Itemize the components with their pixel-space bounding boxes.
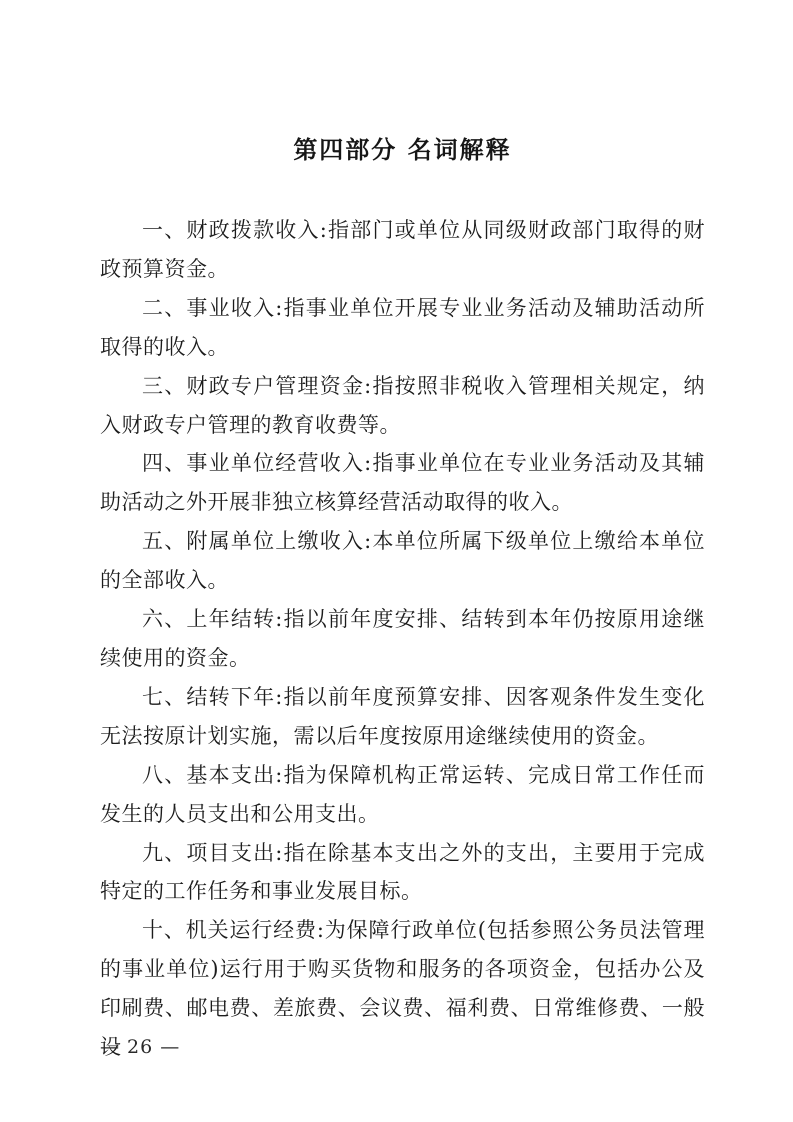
- glossary-body: 一、财政拨款收入:指部门或单位从同级财政部门取得的财政预算资金。 二、事业收入:…: [100, 211, 705, 1067]
- paragraph: 八、基本支出:指为保障机构正常运转、完成日常工作任而发生的人员支出和公用支出。: [100, 756, 705, 834]
- paragraph: 五、附属单位上缴收入:本单位所属下级单位上缴给本单位的全部收入。: [100, 522, 705, 600]
- document-page: 第四部分 名词解释 一、财政拨款收入:指部门或单位从同级财政部门取得的财政预算资…: [0, 0, 793, 1122]
- paragraph: 九、项目支出:指在除基本支出之外的支出，主要用于完成特定的工作任务和事业发展目标…: [100, 834, 705, 912]
- page-number: — 26 —: [100, 1036, 180, 1058]
- paragraph: 六、上年结转:指以前年度安排、结转到本年仍按原用途继续使用的资金。: [100, 600, 705, 678]
- paragraph: 一、财政拨款收入:指部门或单位从同级财政部门取得的财政预算资金。: [100, 211, 705, 289]
- page-title: 第四部分 名词解释: [100, 133, 705, 167]
- paragraph: 四、事业单位经营收入:指事业单位在专业业务活动及其辅助活动之外开展非独立核算经营…: [100, 444, 705, 522]
- paragraph: 二、事业收入:指事业单位开展专业业务活动及辅助活动所取得的收入。: [100, 289, 705, 367]
- paragraph: 三、财政专户管理资金:指按照非税收入管理相关规定，纳入财政专户管理的教育收费等。: [100, 367, 705, 445]
- paragraph: 十、机关运行经费:为保障行政单位(包括参照公务员法管理的事业单位)运行用于购买货…: [100, 911, 705, 1067]
- document-content: 第四部分 名词解释 一、财政拨款收入:指部门或单位从同级财政部门取得的财政预算资…: [0, 0, 793, 1067]
- paragraph: 七、结转下年:指以前年度预算安排、因客观条件发生变化无法按原计划实施，需以后年度…: [100, 678, 705, 756]
